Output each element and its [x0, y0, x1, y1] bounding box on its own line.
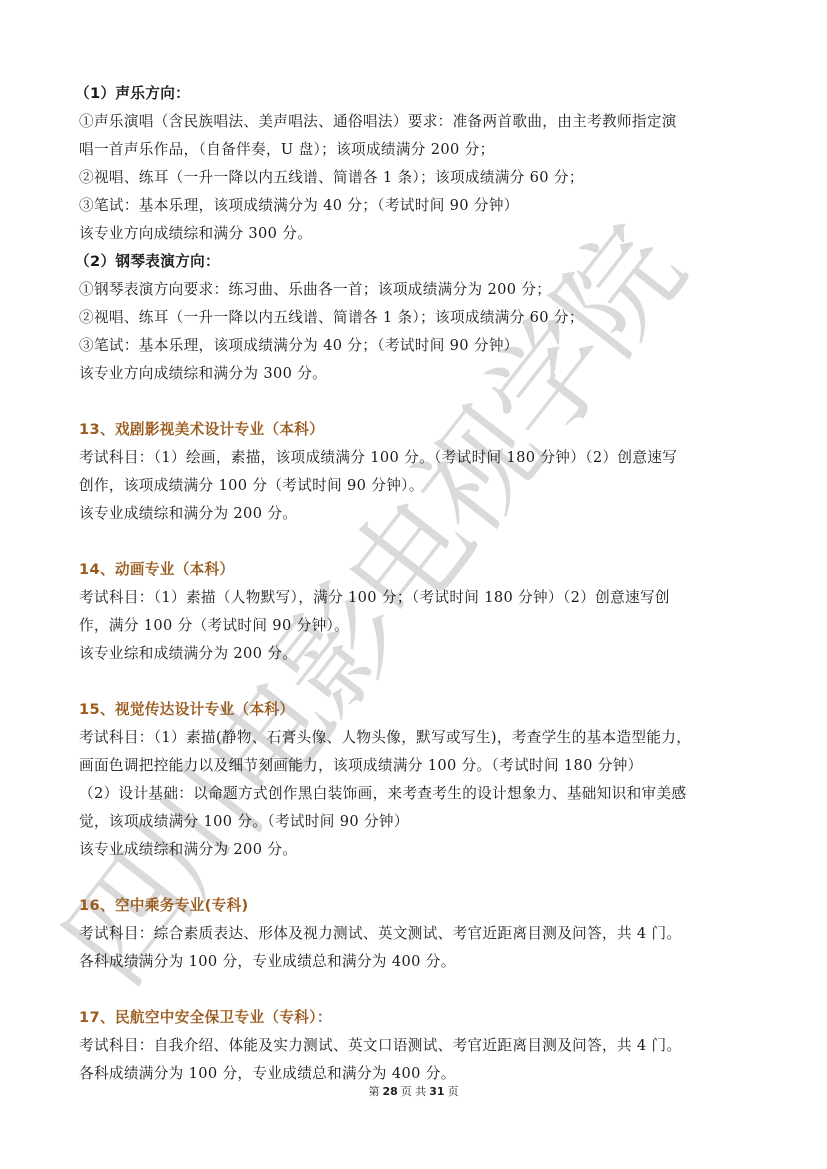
body-line: 考试科目：自我介绍、体能及实力测试、英文口语测试、考官近距离目测及问答，共 4 …: [79, 1032, 759, 1060]
body-line: 唱一首声乐作品，（自备伴奏，U 盘）；该项成绩满分 200 分；: [79, 136, 759, 164]
piano-direction-block: （2）钢琴表演方向： ①钢琴表演方向要求：练习曲、乐曲各一首；该项成绩满分为 2…: [79, 248, 759, 388]
vocal-direction-block: （1）声乐方向： ①声乐演唱（含民族唱法、美声唱法、通俗唱法）要求：准备两首歌曲…: [79, 80, 759, 248]
section-heading: 14、动画专业（本科）: [79, 556, 759, 584]
page-footer: 第28页 共31页: [0, 1083, 827, 1099]
section-13: 13、戏剧影视美术设计专业（本科） 考试科目：（1）绘画，素描，该项成绩满分 1…: [79, 416, 759, 528]
section-heading: 16、空中乘务专业(专科): [79, 892, 759, 920]
body-line: 作，满分 100 分（考试时间 90 分钟）。: [79, 612, 759, 640]
body-line: 考试科目：（1）素描(静物、石膏头像、人物头像，默写或写生)，考查学生的基本造型…: [79, 724, 759, 752]
footer-middle: 页 共: [401, 1085, 427, 1098]
section-heading: 13、戏剧影视美术设计专业（本科）: [79, 416, 759, 444]
body-line: ②视唱、练耳（一升一降以内五线谱、简谱各 1 条）；该项成绩满分 60 分；: [79, 164, 759, 192]
body-line: 该专业成绩综和满分为 200 分。: [79, 836, 759, 864]
body-line: ①钢琴表演方向要求：练习曲、乐曲各一首；该项成绩满分为 200 分；: [79, 276, 759, 304]
spacer: [79, 668, 759, 696]
footer-prefix: 第: [368, 1085, 379, 1098]
body-line: 各科成绩满分为 100 分，专业成绩总和满分为 400 分。: [79, 948, 759, 976]
current-page-number: 28: [382, 1085, 397, 1098]
spacer: [79, 388, 759, 416]
spacer: [79, 528, 759, 556]
document-page: 四川电影电视学院 （1）声乐方向： ①声乐演唱（含民族唱法、美声唱法、通俗唱法）…: [0, 0, 827, 1169]
page-content: （1）声乐方向： ①声乐演唱（含民族唱法、美声唱法、通俗唱法）要求：准备两首歌曲…: [79, 80, 759, 1088]
body-line: 考试科目：（1）素描（人物默写），满分 100 分；（考试时间 180 分钟）（…: [79, 584, 759, 612]
body-line: 该专业综和成绩满分为 200 分。: [79, 640, 759, 668]
total-page-count: 31: [429, 1085, 444, 1098]
body-line: ③笔试：基本乐理，该项成绩满分为 40 分；（考试时间 90 分钟）: [79, 332, 759, 360]
section-heading: 15、视觉传达设计专业（本科）: [79, 696, 759, 724]
body-line: 创作，该项成绩满分 100 分（考试时间 90 分钟）。: [79, 472, 759, 500]
body-line: 该专业方向成绩综和满分 300 分。: [79, 220, 759, 248]
body-line: 画面色调把控能力以及细节刻画能力，该项成绩满分 100 分。（考试时间 180 …: [79, 752, 759, 780]
spacer: [79, 976, 759, 1004]
section-14: 14、动画专业（本科） 考试科目：（1）素描（人物默写），满分 100 分；（考…: [79, 556, 759, 668]
body-line: ①声乐演唱（含民族唱法、美声唱法、通俗唱法）要求：准备两首歌曲，由主考教师指定演: [79, 108, 759, 136]
section-17: 17、民航空中安全保卫专业（专科）： 考试科目：自我介绍、体能及实力测试、英文口…: [79, 1004, 759, 1088]
body-line: 考试科目：（1）绘画，素描，该项成绩满分 100 分。（考试时间 180 分钟）…: [79, 444, 759, 472]
footer-suffix: 页: [448, 1085, 459, 1098]
body-line: （2）设计基础：以命题方式创作黑白装饰画，来考查考生的设计想象力、基础知识和审美…: [79, 780, 759, 808]
section-16: 16、空中乘务专业(专科) 考试科目：综合素质表达、形体及视力测试、英文测试、考…: [79, 892, 759, 976]
body-line: 该专业方向成绩综和满分为 300 分。: [79, 360, 759, 388]
body-line: ②视唱、练耳（一升一降以内五线谱、简谱各 1 条）；该项成绩满分 60 分；: [79, 304, 759, 332]
sub-heading-piano: （2）钢琴表演方向：: [75, 248, 759, 276]
sub-heading-vocal: （1）声乐方向：: [75, 80, 759, 108]
body-line: 该专业成绩综和满分为 200 分。: [79, 500, 759, 528]
section-heading: 17、民航空中安全保卫专业（专科）：: [79, 1004, 759, 1032]
section-15: 15、视觉传达设计专业（本科） 考试科目：（1）素描(静物、石膏头像、人物头像，…: [79, 696, 759, 864]
body-line: ③笔试：基本乐理，该项成绩满分为 40 分；（考试时间 90 分钟）: [79, 192, 759, 220]
body-line: 考试科目：综合素质表达、形体及视力测试、英文测试、考官近距离目测及问答，共 4 …: [79, 920, 759, 948]
body-line: 觉，该项成绩满分 100 分。（考试时间 90 分钟）: [79, 808, 759, 836]
spacer: [79, 864, 759, 892]
